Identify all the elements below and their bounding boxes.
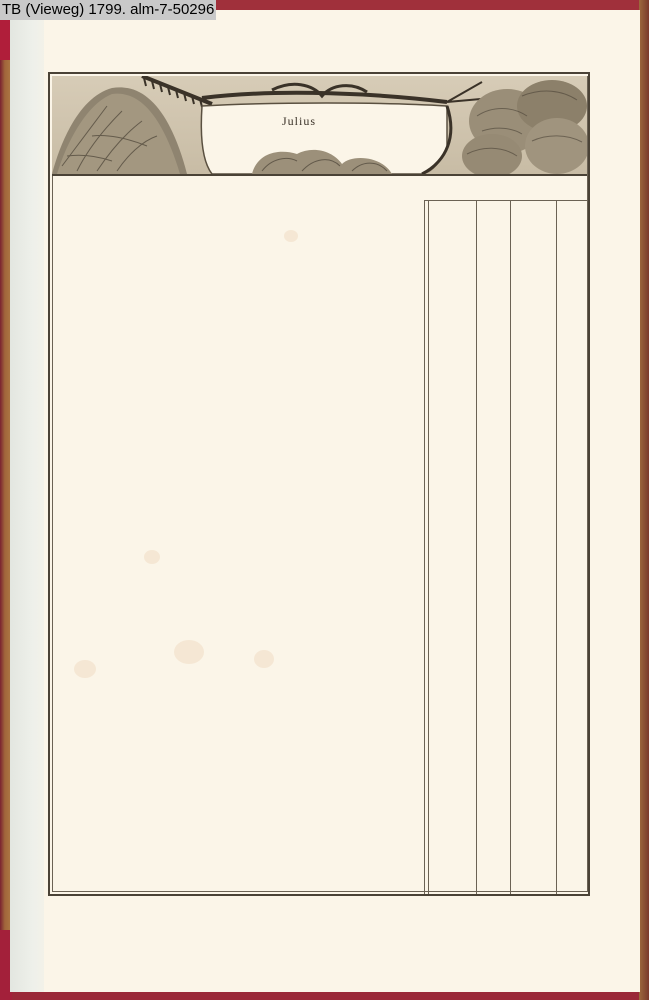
column-divider xyxy=(428,200,429,894)
calendar-columns-grid xyxy=(424,200,588,894)
page-gutter xyxy=(10,8,48,992)
column-divider xyxy=(510,200,511,894)
book-cover-bottom-edge xyxy=(0,992,649,1000)
book-cover-right-edge xyxy=(639,0,649,1000)
harvest-engraving-icon xyxy=(52,76,587,174)
image-source-label: TB (Vieweg) 1799. alm-7-50296 xyxy=(0,0,216,20)
column-divider xyxy=(424,200,425,894)
column-divider xyxy=(476,200,477,894)
columns-top-rule xyxy=(424,200,588,201)
column-divider xyxy=(556,200,557,894)
month-title: Julius xyxy=(282,114,316,129)
month-header-engraving: Julius xyxy=(52,76,587,176)
